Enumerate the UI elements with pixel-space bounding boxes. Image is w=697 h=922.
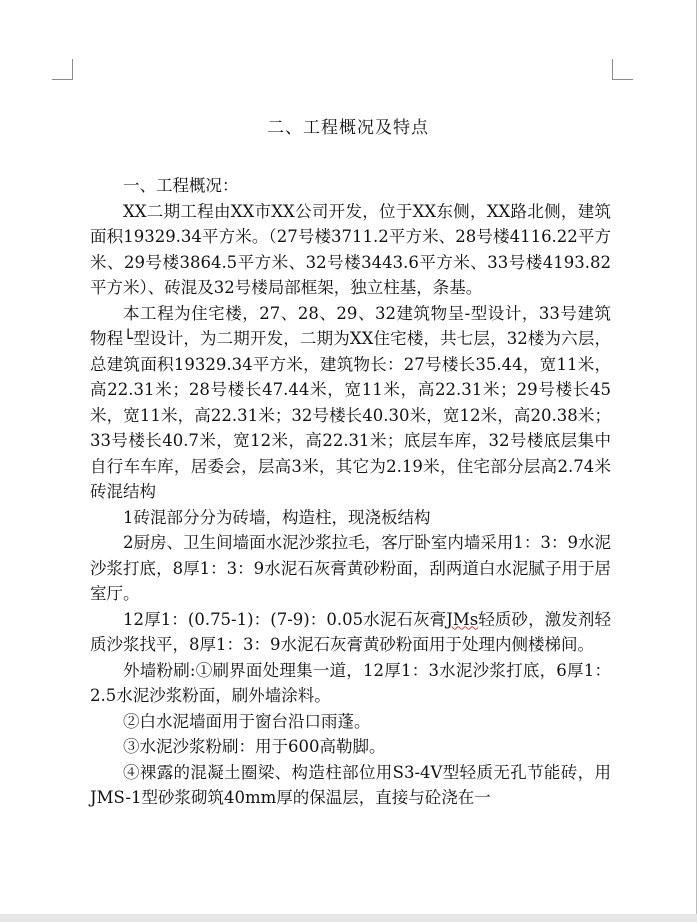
paragraph-project-intro: XX二期工程由XX市XX公司开发，位于XX东侧，XX路北侧，建筑面积19329.… xyxy=(90,199,611,301)
spellcheck-flagged-word[interactable]: JMs xyxy=(446,610,478,629)
paragraph-insulation: ④裸露的混凝土圈梁、构造柱部位用S3-4V型轻质无孔节能砖，用JMS-1型砂浆砌… xyxy=(90,760,611,811)
paragraph-exterior-plaster: 外墙粉刷:①刷界面处理集一道，12厚1：3水泥沙浆打底，6厚1：2.5水泥沙浆粉… xyxy=(90,658,611,709)
paragraph-interior-walls-2: 2厨房、卫生间墙面水泥沙浆拉毛，客厅卧室内墙采用1：3：9水泥沙浆打底，8厚1：… xyxy=(90,530,611,607)
paragraph-cement-mortar: ③水泥沙浆粉刷：用于600高勒脚。 xyxy=(90,734,611,760)
document-body[interactable]: 一、工程概况： XX二期工程由XX市XX公司开发，位于XX东侧，XX路北侧，建筑… xyxy=(90,173,611,811)
section-title: 二、工程概况及特点 xyxy=(0,113,696,138)
paragraph-building-dimensions: 本工程为住宅楼，27、28、29、32建筑物呈-型设计，33号建筑物程└型设计，… xyxy=(90,301,611,505)
paragraph-white-cement: ②白水泥墙面用于窗台沿口雨蓬。 xyxy=(90,709,611,735)
paragraph-stairwell-plaster: 12厚1：(0.75-1)：(7-9)：0.05水泥石灰膏JMs轻质砂，激发剂轻… xyxy=(90,607,611,658)
margin-corner-mark-top-right xyxy=(612,59,633,80)
document-page[interactable]: 二、工程概况及特点 一、工程概况： XX二期工程由XX市XX公司开发，位于XX东… xyxy=(0,0,697,914)
paragraph-heading-overview: 一、工程概况： xyxy=(90,173,611,199)
margin-corner-mark-top-left xyxy=(52,59,73,80)
text-run: 12厚1：(0.75-1)：(7-9)：0.05水泥石灰膏 xyxy=(123,610,446,629)
paragraph-structure-1: 1砖混部分分为砖墙，构造柱，现浇板结构 xyxy=(90,505,611,531)
